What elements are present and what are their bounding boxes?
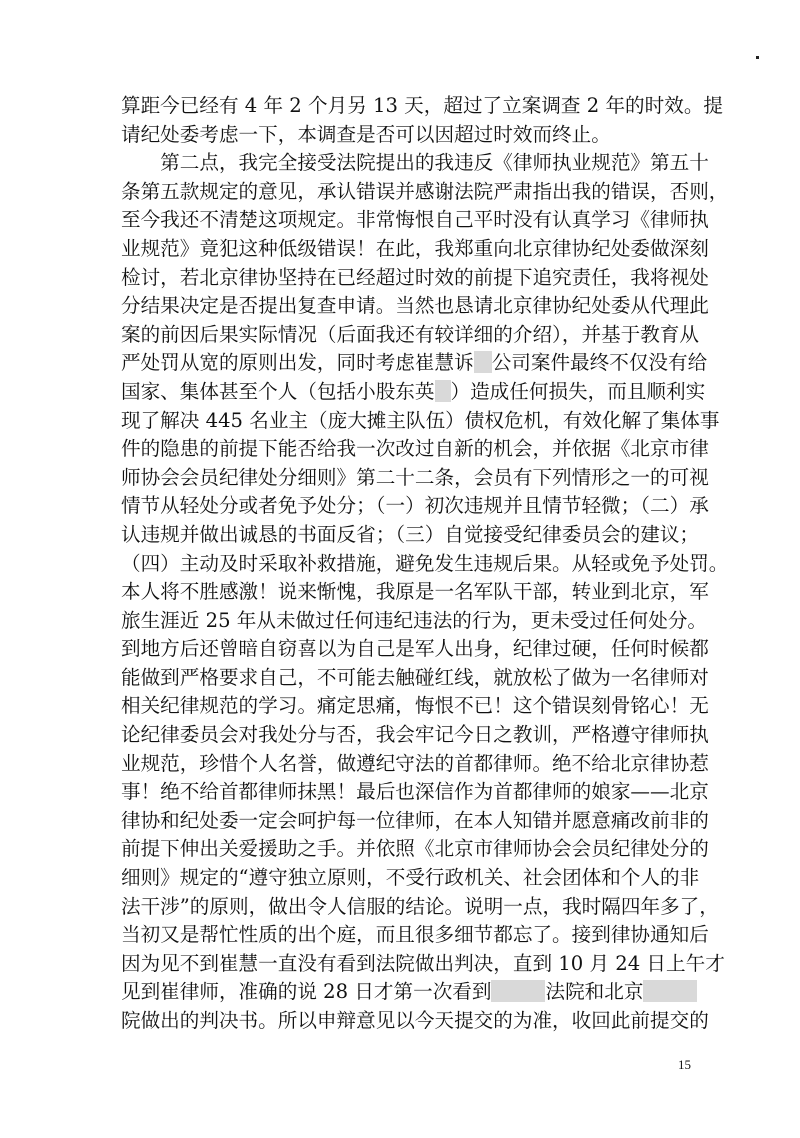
text-line: 案的前因后果实际情况（后面我还有较详细的介绍），并基于教育从 (121, 321, 693, 350)
text-line: 前提下伸出关爱援助之手。并依照《北京市律师协会会员纪律处分的 (121, 835, 693, 864)
text-line: 检讨，若北京律协坚持在已经超过时效的前提下追究责任，我将视处 (121, 264, 693, 293)
text-line: 严处罚从宽的原则出发，同时考虑崔慧诉公司案件最终不仅没有给 (121, 349, 693, 378)
text-line: 件的隐患的前提下能否给我一次改过自新的机会，并依据《北京市律 (121, 435, 693, 464)
text-line: 因为见不到崔慧一直没有看到法院做出判决，直到 10 月 24 日上午才 (121, 950, 693, 979)
text-line: 当初又是帮忙性质的出个庭，而且很多细节都忘了。接到律协通知后 (121, 921, 693, 950)
text-line: 业规范，珍惜个人名誉，做遵纪守法的首都律师。绝不给北京律协惹 (121, 750, 693, 779)
text-line: 师协会会员纪律处分细则》第二十二条，会员有下列情形之一的可视 (121, 464, 693, 493)
text-line: 相关纪律规范的学习。痛定思痛，悔恨不已！这个错误刻骨铭心！无 (121, 692, 693, 721)
text-segment: 见到崔律师，准确的说 28 日才第一次看到 (121, 980, 491, 1003)
text-segment: 国家、集体甚至个人（包括小股东英 (121, 380, 435, 403)
page-number: 15 (678, 1057, 691, 1073)
text-line: 请纪处委考虑一下，本调查是否可以因超过时效而终止。 (121, 121, 693, 150)
text-line: 细则》规定的“遵守独立原则，不受行政机关、社会团体和个人的非 (121, 864, 693, 893)
text-line: 律协和纪处委一定会呵护每一位律师，在本人知错并愿意痛改前非的 (121, 807, 693, 836)
text-segment: ）造成任何损失，而且顺利实 (451, 380, 706, 403)
text-line: 算距今已经有 4 年 2 个月另 13 天，超过了立案调查 2 年的时效。提 (121, 92, 693, 121)
text-line: 认违规并做出诚恳的书面反省；（三）自觉接受纪律委员会的建议； (121, 521, 693, 550)
redaction-box (474, 351, 492, 373)
text-line: 情节从轻处分或者免予处分；（一）初次违规并且情节轻微；（二）承 (121, 492, 693, 521)
text-line: 业规范》竟犯这种低级错误！在此，我郑重向北京律协纪处委做深刻 (121, 235, 693, 264)
redaction-box (643, 980, 697, 1002)
document-page: 算距今已经有 4 年 2 个月另 13 天，超过了立案调查 2 年的时效。提 请… (0, 0, 800, 1138)
text-line: 至今我还不清楚这项规定。非常悔恨自己平时没有认真学习《律师执 (121, 206, 693, 235)
text-line: 论纪律委员会对我处分与否，我会牢记今日之教训，严格遵守律师执 (121, 721, 693, 750)
text-line: 到地方后还曾暗自窃喜以为自己是军人出身，纪律过硬，任何时候都 (121, 635, 693, 664)
text-segment: 公司案件最终不仅没有给 (492, 351, 708, 374)
text-line: （四）主动及时采取补救措施，避免发生违规后果。从轻或免予处罚。 (121, 550, 693, 579)
scan-speck (756, 56, 759, 59)
text-line: 法干涉”的原则，做出令人信服的结论。说明一点，我时隔四年多了， (121, 893, 693, 922)
body-text: 算距今已经有 4 年 2 个月另 13 天，超过了立案调查 2 年的时效。提 请… (121, 92, 693, 1036)
text-line: 能做到严格要求自己，不可能去触碰红线，就放松了做为一名律师对 (121, 664, 693, 693)
text-line: 条第五款规定的意见，承认错误并感谢法院严肃指出我的错误，否则， (121, 178, 693, 207)
text-line: 分结果决定是否提出复查申请。当然也恳请北京律协纪处委从代理此 (121, 292, 693, 321)
text-line: 见到崔律师，准确的说 28 日才第一次看到法院和北京 (121, 978, 693, 1007)
text-line: 第二点，我完全接受法院提出的我违反《律师执业规范》第五十 (121, 149, 693, 178)
text-line: 事！绝不给首都律师抹黑！最后也深信作为首都律师的娘家——北京 (121, 778, 693, 807)
redaction-box (491, 980, 545, 1002)
redaction-box (435, 380, 451, 402)
text-segment: 严处罚从宽的原则出发，同时考虑崔慧诉 (121, 351, 474, 374)
text-line: 本人将不胜感激！说来惭愧，我原是一名军队干部，转业到北京，军 (121, 578, 693, 607)
text-segment: 法院和北京 (545, 980, 643, 1003)
text-line: 院做出的判决书。所以申辩意见以今天提交的为准，收回此前提交的 (121, 1007, 693, 1036)
text-line: 现了解决 445 名业主（庞大摊主队伍）债权危机，有效化解了集体事 (121, 407, 693, 436)
text-line: 旅生涯近 25 年从未做过任何违纪违法的行为，更未受过任何处分。 (121, 607, 693, 636)
text-line: 国家、集体甚至个人（包括小股东英）造成任何损失，而且顺利实 (121, 378, 693, 407)
